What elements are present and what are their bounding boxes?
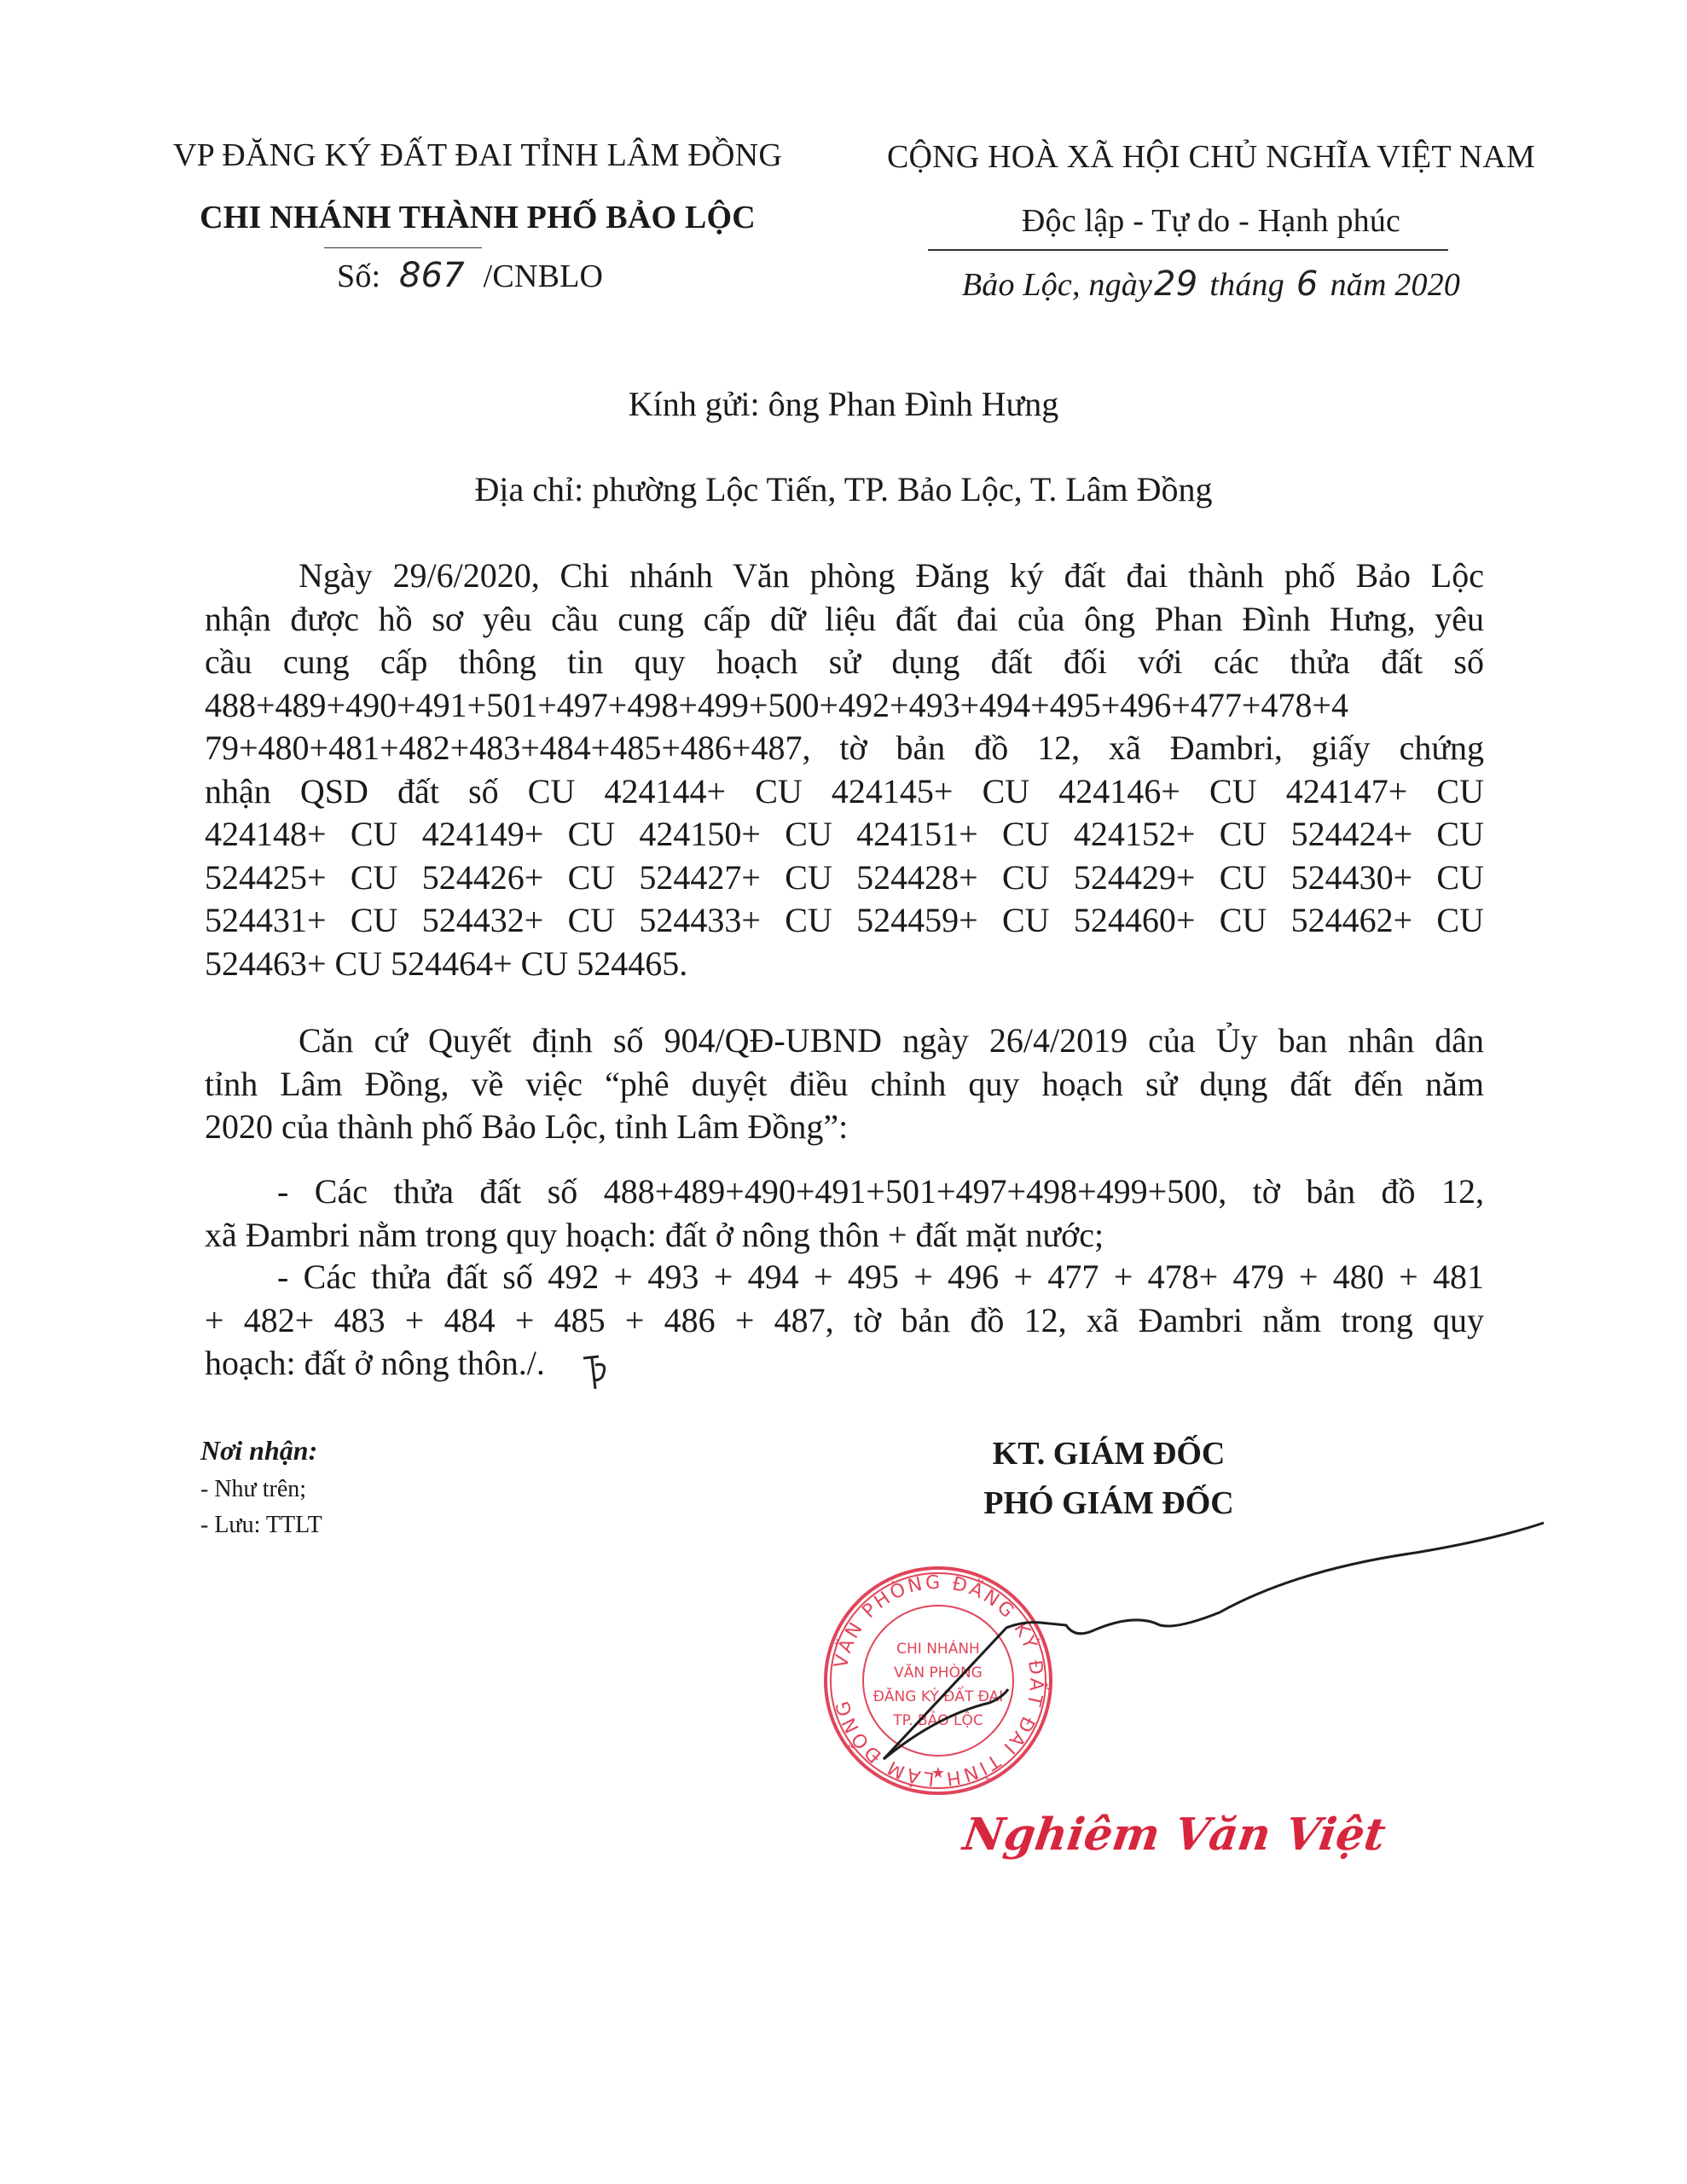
body-line: 2020 của thành phố Bảo Lộc, tỉnh Lâm Đồn…	[205, 1106, 1484, 1149]
recipients-title: Nơi nhận:	[200, 1435, 317, 1467]
document-number: Số: 867 /CNBLO	[337, 256, 603, 295]
body-line: + 482+ 483 + 484 + 485 + 486 + 487, tờ b…	[205, 1299, 1484, 1343]
agency-name: VP ĐĂNG KÝ ĐẤT ĐAI TỈNH LÂM ĐỒNG	[128, 136, 827, 174]
item-rural-and-water: - Các thửa đất số 488+489+490+491+501+49…	[205, 1170, 1484, 1257]
body-line: Ngày 29/6/2020, Chi nhánh Văn phòng Đăng…	[205, 555, 1484, 598]
body-line: tỉnh Lâm Đồng, về việc “phê duyệt điều c…	[205, 1063, 1484, 1107]
body-line: 79+480+481+482+483+484+485+486+487, tờ b…	[205, 727, 1484, 770]
body-line: 524431+ CU 524432+ CU 524433+ CU 524459+…	[205, 899, 1484, 943]
date-prefix: Bảo Lộc, ngày	[962, 267, 1152, 303]
issue-date: Bảo Lộc, ngày29tháng6năm 2020	[840, 264, 1582, 304]
body-line: - Các thửa đất số 492 + 493 + 494 + 495 …	[205, 1256, 1484, 1299]
recipient-to: Kính gửi: ông Phan Đình Hưng	[0, 384, 1687, 424]
body-line: 488+489+490+491+501+497+498+499+500+492+…	[205, 684, 1484, 728]
date-month-label: tháng	[1209, 267, 1284, 303]
number-label: Số:	[337, 258, 380, 294]
motto-underline	[928, 249, 1448, 251]
body-line: cầu cung cấp thông tin quy hoạch sử dụng…	[205, 641, 1484, 684]
body-line: 424148+ CU 424149+ CU 424150+ CU 424151+…	[205, 813, 1484, 857]
body-line: xã Đambri nằm trong quy hoạch: đất ở nôn…	[205, 1214, 1484, 1258]
national-motto: Độc lập - Tự do - Hạnh phúc	[840, 202, 1582, 240]
country-name: CỘNG HOÀ XÃ HỘI CHỦ NGHĨA VIỆT NAM	[840, 138, 1582, 176]
date-year: năm 2020	[1330, 267, 1461, 303]
recipient-item: - Lưu: TTLT	[200, 1512, 322, 1539]
signer-name: Nghiêm Văn Việt	[960, 1809, 1388, 1861]
branch-underline	[324, 247, 482, 248]
branch-name: CHI NHÁNH THÀNH PHỐ BẢO LỘC	[128, 199, 827, 236]
initial-mark-icon	[580, 1346, 614, 1397]
signature-title-2: PHÓ GIÁM ĐỐC	[921, 1484, 1296, 1522]
body-line: nhận được hồ sơ yêu cầu cung cấp dữ liệu…	[205, 598, 1484, 642]
number-handwritten: 867	[399, 256, 465, 295]
body-line: hoạch: đất ở nông thôn./.	[205, 1342, 1484, 1385]
body-line: Căn cứ Quyết định số 904/QĐ-UBND ngày 26…	[205, 1019, 1484, 1063]
paragraph-legal-basis: Căn cứ Quyết định số 904/QĐ-UBND ngày 26…	[205, 1019, 1484, 1149]
signature-title-1: KT. GIÁM ĐỐC	[921, 1435, 1296, 1472]
body-line: nhận QSD đất số CU 424144+ CU 424145+ CU…	[205, 770, 1484, 814]
body-line: - Các thửa đất số 488+489+490+491+501+49…	[205, 1170, 1484, 1214]
item-rural: - Các thửa đất số 492 + 493 + 494 + 495 …	[205, 1256, 1484, 1385]
body-line: 524463+ CU 524464+ CU 524465.	[205, 943, 1484, 986]
number-suffix: /CNBLO	[484, 258, 604, 294]
date-day: 29	[1154, 264, 1197, 304]
date-month: 6	[1296, 264, 1319, 304]
paragraph-request: Ngày 29/6/2020, Chi nhánh Văn phòng Đăng…	[205, 555, 1484, 985]
recipient-item: - Như trên;	[200, 1476, 306, 1503]
recipient-address: Địa chỉ: phường Lộc Tiến, TP. Bảo Lộc, T…	[0, 469, 1687, 509]
body-line: 524425+ CU 524426+ CU 524427+ CU 524428+…	[205, 857, 1484, 900]
signature-stroke-icon	[819, 1519, 1552, 1774]
